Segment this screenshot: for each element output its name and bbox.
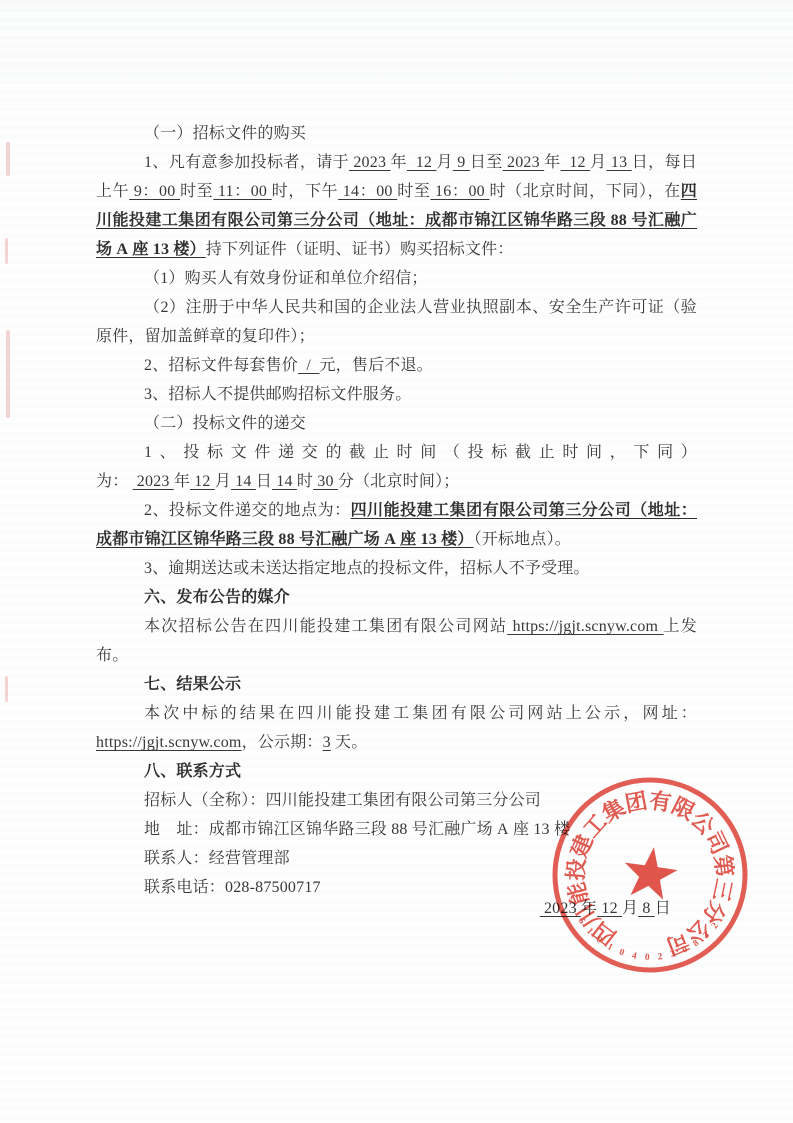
text-run: 3、招标人不提供邮购招标文件服务。 [144,386,411,403]
seal-serial-digit: 0 [618,947,626,958]
text-run: 3、逾期送达或未送达指定地点的投标文件，招标人不予受理。 [144,560,590,577]
seal-company-char: 第 [710,853,737,878]
underlined-text: 2023 [540,900,581,917]
scan-artifact [6,142,10,176]
address-line: 地 址：成都市锦江区锦华路三段 88 号汇融广场 A 座 13 楼 [96,815,697,844]
text-run: 分（北京时间）； [338,473,460,490]
text-run: 1、凡有意参加投标者，请于 [144,154,349,171]
underlined-text: 14 [272,473,297,490]
seal-serial-digit: 0 [594,935,604,946]
seal-serial-digit: 3 [669,949,677,960]
underlined-text: https://jgjt.scnyw.com [96,734,242,751]
text-run: （二）投标文件的递交 [144,415,306,432]
underlined-text: 8 [638,900,655,917]
underlined-text: 30 [313,473,338,490]
seal-serial-digit: 8 [692,938,702,949]
price-clause: 2、招标文件每套售价 / 元，售后不退。 [96,351,697,380]
seal-company-char: 司 [663,928,693,959]
contact-section-heading: 八、联系方式 [96,757,697,786]
text-run: 联系电话：028-87500717 [144,879,321,896]
text-run: 月 [436,154,452,171]
text-run: 持下列证件（证明、证书）购买招标文件： [206,241,514,258]
text-run: 日至 [470,154,503,171]
scan-artifact [5,238,8,264]
result-paragraph: 本次中标的结果在四川能投建工集团有限公司网站上公示，网址：https://jgj… [96,699,697,757]
text-run: 时，下午 [272,183,338,200]
no-mail-clause: 3、招标人不提供邮购招标文件服务。 [96,380,697,409]
text-run: 月 [215,473,231,490]
late-submission-clause: 3、逾期送达或未送达指定地点的投标文件，招标人不予受理。 [96,554,697,583]
submission-place-clause: 2、投标文件递交的地点为：四川能投建工集团有限公司第三分公司（地址：成都市锦江区… [96,496,697,554]
text-run: 年 [581,900,597,917]
text-run: 2、招标文件每套售价 [144,357,298,374]
text-run: 六、发布公告的媒介 [144,589,290,606]
scan-artifact [6,330,10,418]
underlined-text: 9：00 [129,183,180,200]
text-run: 月 [622,900,638,917]
text-run: 日 [655,900,671,917]
text-run: 地 址：成都市锦江区锦华路三段 88 号汇融广场 A 座 13 楼 [144,821,570,838]
underlined-text: https://jgjt.scnyw.com [507,618,663,635]
text-run: 八、联系方式 [144,763,241,780]
purchase-section-heading: （一）招标文件的购买 [96,119,697,148]
seal-serial-digit: 1 [584,926,595,936]
bidder-name-line: 招标人（全称）：四川能投建工集团有限公司第三分公司 [96,786,697,815]
required-doc-1: （1）购买人有效身份证和单位介绍信； [96,264,697,293]
underlined-text: 13 [607,154,632,171]
purchase-terms: 1、凡有意参加投标者，请于 2023 年 12 月 9 日至 2023 年 12… [96,148,697,264]
underlined-text: 14 [231,473,256,490]
text-run: 时至 [180,183,213,200]
text-run: 月 [590,154,606,171]
underlined-text: 12 [561,154,591,171]
text-run: 本次中标的结果在四川能投建工集团有限公司网站上公示，网址： [144,705,697,722]
required-doc-2: （2）注册于中华人民共和国的企业法人营业执照副本、安全生产许可证（验原件，留加盖… [96,293,697,351]
seal-serial-digit: 4 [631,951,638,962]
underlined-text: 12 [190,473,215,490]
text-run: 时 [297,473,313,490]
result-section-heading: 七、结果公示 [96,670,697,699]
text-run: 七、结果公示 [144,676,241,693]
media-paragraph: 本次招标公告在四川能投建工集团有限公司网站 https://jgjt.scnyw… [96,612,697,670]
seal-company-char: 三 [708,877,737,904]
text-run: 2、投标文件递交的地点为： [144,502,351,519]
seal-company-char: 司 [701,828,733,859]
text-run: （2）注册于中华人民共和国的企业法人营业执照副本、安全生产许可证（验原件，留加盖… [96,299,697,345]
underlined-text: 9 [453,154,470,171]
text-run: （1）购买人有效身份证和单位介绍信； [144,270,428,287]
seal-serial-digit: 2 [710,921,721,931]
text-run: 联系人：经营管理部 [144,850,290,867]
contact-person-line: 联系人：经营管理部 [96,844,697,873]
text-run: 年 [391,154,407,171]
underlined-text: 2023 [133,473,174,490]
text-run: 元，售后不退。 [319,357,432,374]
document-page: { "page": {"kind": "scanned tender notic… [0,0,793,1123]
underlined-text: 11：00 [213,183,271,200]
text-run: ，公示期： [242,734,323,751]
underlined-text: 3 [323,734,331,751]
seal-serial-digit: 0 [681,945,690,956]
text-run: （开标地点）。 [474,531,571,548]
text-run: 天。 [331,734,368,751]
submission-section-heading: （二）投标文件的递交 [96,409,697,438]
text-run: （一）招标文件的购买 [144,125,306,142]
text-run: 时至 [397,183,430,200]
underlined-text: / [298,357,319,374]
text-run: 年 [174,473,190,490]
underlined-text: 2023 [349,154,391,171]
scan-artifact [5,676,8,702]
underlined-text: 12 [597,900,622,917]
underlined-text: 12 [407,154,437,171]
text-run: 日 [256,473,272,490]
text-run: 招标人（全称）：四川能投建工集团有限公司第三分公司 [144,792,541,809]
text-run: 时（北京时间，下同），在 [489,183,680,200]
media-section-heading: 六、发布公告的媒介 [96,583,697,612]
underlined-text: 14：00 [338,183,397,200]
document-body: （一）招标文件的购买1、凡有意参加投标者，请于 2023 年 12 月 9 日至… [96,119,697,923]
seal-serial-digit: 0 [645,953,650,963]
seal-company-char: 分 [697,897,730,929]
text-run: 本次招标公告在四川能投建工集团有限公司网站 [144,618,507,635]
seal-serial-digit: 2 [657,952,663,963]
seal-serial-digit: 1 [605,942,614,953]
underlined-text: 2023 [503,154,545,171]
deadline-clause: 1、投标文件递交的截止时间（投标截止时间，下同）为： 2023 年 12 月 1… [96,438,697,496]
seal-serial-digit: 3 [701,930,711,941]
text-run: 年 [544,154,560,171]
underlined-text: 16：00 [430,183,489,200]
